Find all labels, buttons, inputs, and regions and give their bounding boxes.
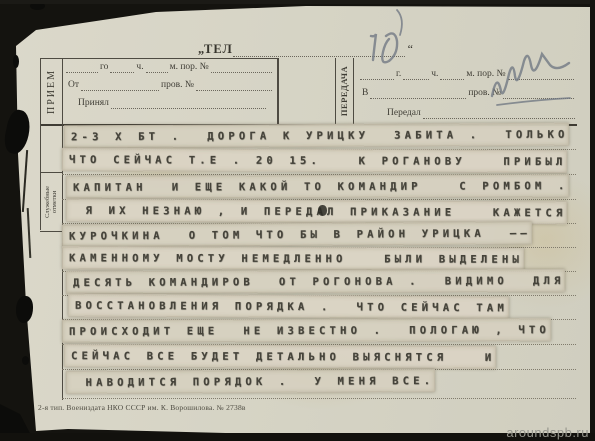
telegram-tape-line: КАМЕННОМУ МОСТУ НЕМЕДЛЕННО БЫЛИ ВЫДЕЛЕНЫ <box>62 246 524 271</box>
tel-header-row: „ТЕЛ “ <box>198 42 413 57</box>
tel-close-quote: “ <box>405 42 413 57</box>
tape-line-text: ВОССТАНОВЛЕНИЯ ПОРЯДКА . ЧТО СЕЙЧАС ТАМ <box>69 299 508 314</box>
blank-leader <box>508 68 574 80</box>
telegram-scan: „ТЕЛ “ ПРИЕМ го ч. м. пор. № От пров. № … <box>0 0 595 441</box>
unit-go-label: го <box>98 62 110 73</box>
unit-por-label: м. пор. № <box>168 62 211 73</box>
transmit-label-text: ПЕРЕДАЧА <box>340 66 350 116</box>
unit-ch-label: ч. <box>134 62 145 73</box>
service-marks-label: Служебные отметки <box>40 173 62 230</box>
blank-leader <box>110 61 134 73</box>
photo-top-edge <box>0 0 595 4</box>
blank-leader <box>503 87 574 99</box>
blank-leader <box>211 61 272 73</box>
transmit-line-datetime: г. ч. м. пор. № <box>360 68 574 80</box>
sent-by-label: Передал <box>385 108 423 119</box>
header-box-top-border <box>40 58 278 59</box>
tape-line-text: НАВОДИТСЯ ПОРЯДОК . У МЕНЯ ВСЕ. <box>67 375 434 389</box>
receive-line-from: От пров. № <box>66 79 272 91</box>
tape-line-text: ПРОИСХОДИТ ЕЩЕ НЕ ИЗВЕСТНО . ПОЛОГАЮ , Ч… <box>63 324 550 338</box>
blank-leader <box>403 68 429 80</box>
telegram-tape-line: КАПИТАН И ЕЩЕ КАКОЙ ТО КОМАНДИР С РОМБОМ… <box>66 174 570 199</box>
telegram-tape-line: ВОССТАНОВЛЕНИЯ ПОРЯДКА . ЧТО СЕЙЧАС ТАМ <box>68 294 509 320</box>
printer-imprint: 2-я тип. Воениздата НКО СССР им. К. Воро… <box>38 403 246 412</box>
blank-leader <box>146 61 168 73</box>
tape-line-text: КУРОЧКИНА О ТОМ ЧТО БЫ В РАЙОН УРИЦКА —— <box>63 227 531 242</box>
blank-leader <box>111 97 266 109</box>
blank-leader <box>423 107 575 119</box>
unit-por-label: м. пор. № <box>464 69 507 80</box>
telegram-tape-line: ПРОИСХОДИТ ЕЩЕ НЕ ИЗВЕСТНО . ПОЛОГАЮ , Ч… <box>62 318 551 343</box>
photo-right-edge <box>590 0 595 441</box>
ink-blot <box>318 205 327 216</box>
prov-label: пров. № <box>159 80 196 91</box>
telegram-tape-line: 2-3 Х БТ . ДОРОГА К УРИЦКУ ЗАБИТА . ТОЛЬ… <box>64 123 570 149</box>
tape-line-text: ЧТО СЕЙЧАС Т.Е . 20 15. К РОГАНОВУ ПРИБЫ… <box>63 153 567 167</box>
torn-edge-speck <box>22 356 29 365</box>
receive-label-text: ПРИЕМ <box>46 68 57 113</box>
tape-line-text: КАМЕННОМУ МОСТУ НЕМЕДЛЕННО БЫЛИ ВЫДЕЛЕНЫ <box>63 252 523 266</box>
transmit-line-sent-by: Передал <box>385 107 575 119</box>
prov-label: пров. № <box>466 88 503 99</box>
telegram-tape-line: Я ИХ НЕЗНАЮ , И ПЕРЕДАЛ ПРИКАЗАНИЕ КАЖЕТ… <box>66 199 568 225</box>
telegram-tape-line: КУРОЧКИНА О ТОМ ЧТО БЫ В РАЙОН УРИЦКА —— <box>62 221 532 247</box>
tape-line-text: 2-3 Х БТ . ДОРОГА К УРИЦКУ ЗАБИТА . ТОЛЬ… <box>65 128 569 143</box>
telegram-tape-line: СЕЙЧАС ВСЕ БУДЕТ ДЕТАЛЬНО ВЫЯСНЯТСЯ И <box>64 344 496 369</box>
tel-label: „ТЕЛ <box>198 42 233 57</box>
service-marks-text: Служебные отметки <box>44 185 58 217</box>
telegram-tape-line: ДЕСЯТЬ КОМАНДИРОВ ОТ РОГОНОВА . ВИДИМО Д… <box>66 269 566 294</box>
blank-leader <box>196 79 272 91</box>
receive-line-received-by: Принял <box>76 97 266 109</box>
unit-g-label: г. <box>394 69 403 80</box>
received-by-label: Принял <box>76 98 111 109</box>
tape-line-text: СЕЙЧАС ВСЕ БУДЕТ ДЕТАЛЬНО ВЫЯСНЯТСЯ И <box>65 350 495 364</box>
from-label: От <box>66 80 81 91</box>
tel-blank-line <box>233 45 405 57</box>
blank-leader <box>370 87 466 99</box>
to-label: В <box>360 88 370 99</box>
telegram-tape-line: ЧТО СЕЙЧАС Т.Е . 20 15. К РОГАНОВУ ПРИБЫ… <box>62 148 568 173</box>
transmit-section-label: ПЕРЕДАЧА <box>335 58 354 124</box>
blank-leader <box>66 61 98 73</box>
blank-leader <box>81 79 159 91</box>
center-divider <box>277 58 279 124</box>
transmit-line-to: В пров. № <box>360 87 574 99</box>
ruled-line <box>62 398 576 399</box>
telegram-tape-line: НАВОДИТСЯ ПОРЯДОК . У МЕНЯ ВСЕ. <box>66 369 435 394</box>
blank-leader <box>440 68 464 80</box>
unit-ch-label: ч. <box>429 69 440 80</box>
blank-leader <box>360 68 394 80</box>
tape-line-text: ДЕСЯТЬ КОМАНДИРОВ ОТ РОГОНОВА . ВИДИМО Д… <box>67 274 565 288</box>
service-marks-box-bottom <box>40 231 62 232</box>
tape-line-text: Я ИХ НЕЗНАЮ , И ПЕРЕДАЛ ПРИКАЗАНИЕ КАЖЕТ… <box>67 204 567 219</box>
receive-line-datetime: го ч. м. пор. № <box>66 61 272 73</box>
tape-line-text: КАПИТАН И ЕЩЕ КАКОЙ ТО КОМАНДИР С РОМБОМ… <box>67 180 569 194</box>
receive-section-label: ПРИЕМ <box>40 60 62 122</box>
watermark: aroundspb.ru <box>506 425 589 440</box>
